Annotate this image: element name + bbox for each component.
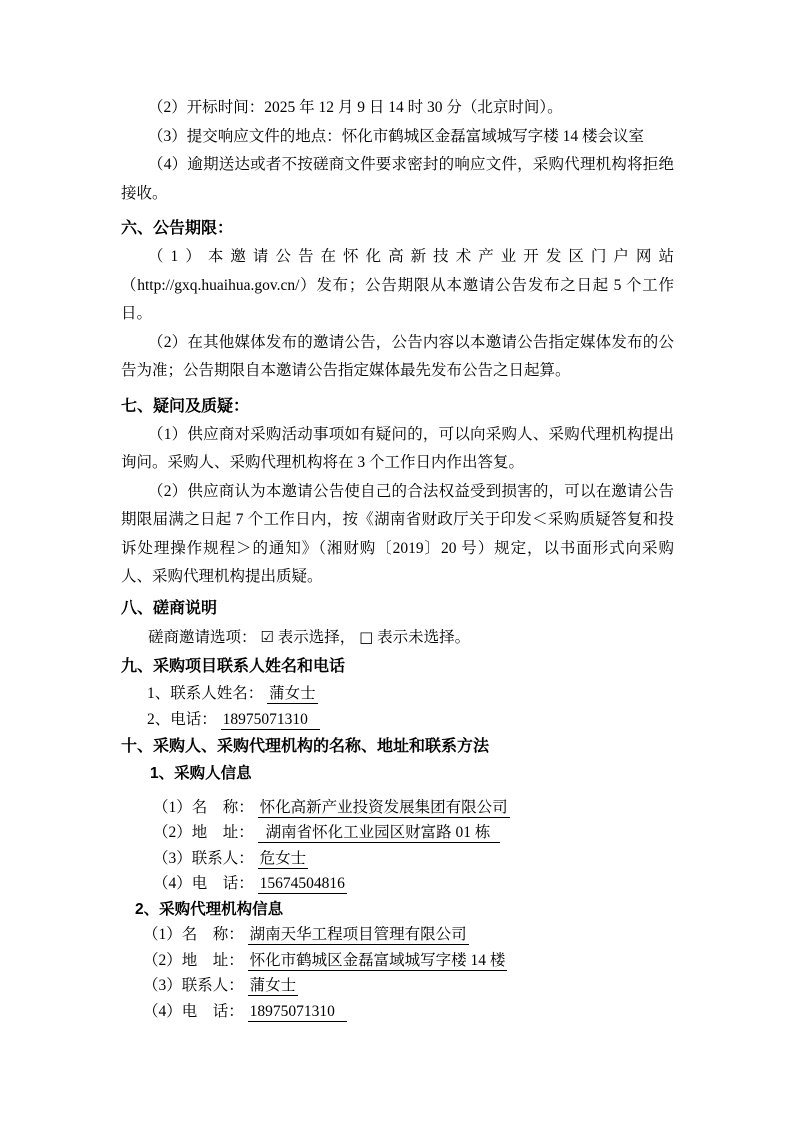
project-contact-name-value: 蒲女士 bbox=[267, 685, 318, 704]
paragraph-notice-period-1: （1）本邀请公告在怀化高新技术产业开发区门户网站（http://gxq.huai… bbox=[121, 243, 674, 329]
section-heading-notice-period: 六、公告期限： bbox=[121, 214, 674, 243]
buyer-name-row: （1）名 称： 怀化高新产业投资发展集团有限公司 bbox=[121, 795, 674, 821]
agency-address-value: 怀化市鹤城区金磊富域城写字楼 14 楼 bbox=[248, 952, 508, 971]
paragraph-questions-1: （1）供应商对采购活动事项如有疑问的，可以向采购人、采购代理机构提出询问。采购人… bbox=[121, 421, 674, 478]
checked-option-description: 表示选择， bbox=[278, 629, 356, 646]
section-heading-parties: 十、采购人、采购代理机构的名称、地址和联系方法 bbox=[121, 732, 674, 761]
project-contact-phone-label: 2、电话： bbox=[147, 711, 217, 728]
agency-name-value: 湖南天华工程项目管理有限公司 bbox=[248, 926, 469, 945]
checked-checkbox-icon: ☑ bbox=[260, 628, 273, 646]
project-contact-name-label: 1、联系人姓名： bbox=[147, 685, 263, 702]
agency-info-heading: 2、采购代理机构信息 bbox=[121, 897, 674, 923]
section-heading-consultation: 八、磋商说明 bbox=[121, 594, 674, 623]
unchecked-checkbox-icon: □ bbox=[359, 628, 373, 646]
project-contact-phone-row: 2、电话： 18975071310 bbox=[121, 707, 674, 733]
agency-phone-label: （4）电 话： bbox=[143, 1003, 244, 1020]
agency-address-row: （2）地 址： 怀化市鹤城区金磊富域城写字楼 14 楼 bbox=[121, 948, 674, 974]
buyer-contact-row: （3）联系人： 危女士 bbox=[121, 846, 674, 872]
agency-phone-row: （4）电 话： 18975071310 bbox=[121, 999, 674, 1025]
buyer-contact-label: （3）联系人： bbox=[153, 850, 254, 867]
buyer-name-label: （1）名 称： bbox=[153, 799, 254, 816]
paragraph-notice-period-2: （2）在其他媒体发布的邀请公告，公告内容以本邀请公告指定媒体发布的公告为准；公告… bbox=[121, 329, 674, 386]
buyer-phone-row: （4）电 话： 15674504816 bbox=[121, 871, 674, 897]
project-contact-name-row: 1、联系人姓名： 蒲女士 bbox=[121, 681, 674, 707]
document-page: （2）开标时间：2025 年 12 月 9 日 14 时 30 分（北京时间）。… bbox=[0, 0, 793, 1122]
buyer-phone-label: （4）电 话： bbox=[153, 875, 254, 892]
section-heading-project-contact: 九、采购项目联系人姓名和电话 bbox=[121, 652, 674, 681]
agency-contact-label: （3）联系人： bbox=[143, 977, 244, 994]
paragraph-overdue-rejection: （4）逾期送达或者不按磋商文件要求密封的响应文件，采购代理机构将拒绝接收。 bbox=[121, 151, 674, 208]
project-contact-phone-value: 18975071310 bbox=[221, 711, 320, 730]
buyer-address-row: （2）地 址： 湖南省怀化工业园区财富路 01 栋 bbox=[121, 820, 674, 846]
buyer-phone-value: 15674504816 bbox=[258, 875, 347, 894]
agency-name-row: （1）名 称： 湖南天华工程项目管理有限公司 bbox=[121, 922, 674, 948]
buyer-name-value: 怀化高新产业投资发展集团有限公司 bbox=[258, 799, 510, 818]
section-heading-questions: 七、疑问及质疑： bbox=[121, 392, 674, 421]
paragraph-questions-2: （2）供应商认为本邀请公告使自己的合法权益受到损害的，可以在邀请公告期限届满之日… bbox=[121, 478, 674, 592]
consultation-options-line: 磋商邀请选项： ☑ 表示选择， □ 表示未选择。 bbox=[121, 623, 674, 653]
buyer-info-heading: 1、采购人信息 bbox=[121, 761, 674, 787]
document-content: （2）开标时间：2025 年 12 月 9 日 14 时 30 分（北京时间）。… bbox=[121, 94, 674, 1024]
paragraph-submit-place: （3）提交响应文件的地点：怀化市鹤城区金磊富域城写字楼 14 楼会议室 bbox=[121, 123, 674, 152]
agency-name-label: （1）名 称： bbox=[143, 926, 244, 943]
buyer-address-label: （2）地 址： bbox=[153, 824, 254, 841]
consultation-options-label: 磋商邀请选项： bbox=[148, 629, 257, 646]
agency-phone-value: 18975071310 bbox=[248, 1003, 347, 1022]
agency-contact-value: 蒲女士 bbox=[248, 977, 299, 996]
agency-address-label: （2）地 址： bbox=[143, 952, 244, 969]
unchecked-option-description: 表示未选择。 bbox=[377, 629, 470, 646]
buyer-contact-value: 危女士 bbox=[258, 850, 309, 869]
paragraph-open-time: （2）开标时间：2025 年 12 月 9 日 14 时 30 分（北京时间）。 bbox=[121, 94, 674, 123]
agency-contact-row: （3）联系人： 蒲女士 bbox=[121, 973, 674, 999]
buyer-address-value: 湖南省怀化工业园区财富路 01 栋 bbox=[258, 824, 501, 843]
